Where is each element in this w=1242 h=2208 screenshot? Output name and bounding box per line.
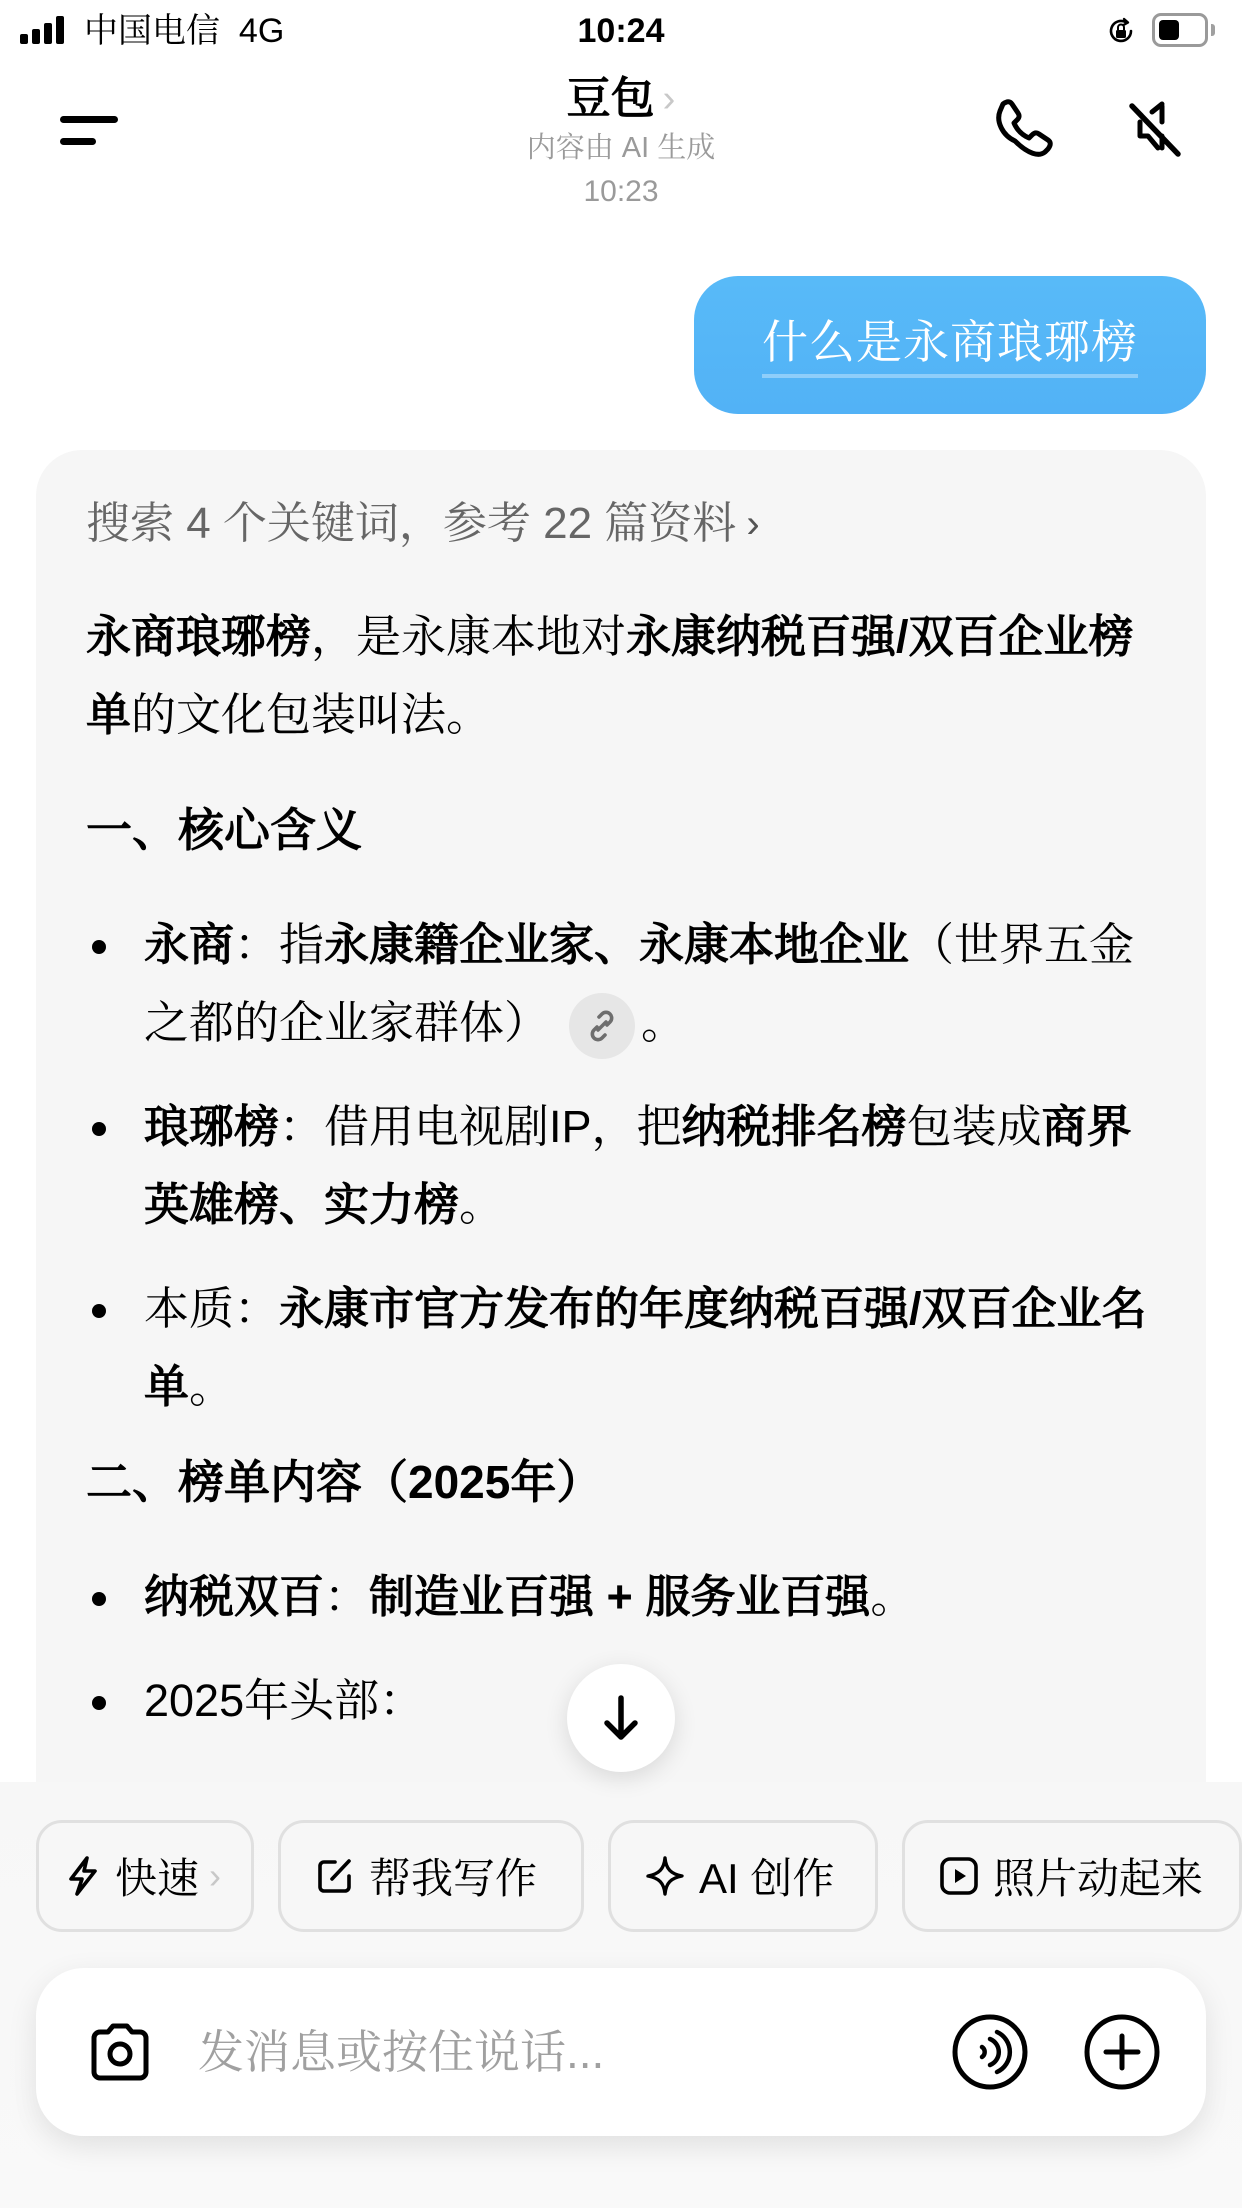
chip-label: AI 创作 [699, 1846, 834, 1906]
camera-button[interactable] [82, 2014, 158, 2090]
chip-label: 照片动起来 [993, 1846, 1203, 1906]
item-bold: 永康籍企业家、永康本地企业 [324, 919, 909, 970]
chip-label: 快速 [115, 1846, 199, 1906]
section-heading-core-meaning: 一、核心含义 [86, 800, 1176, 860]
call-button[interactable] [986, 92, 1058, 164]
list-item: 本质：永康市官方发布的年度纳税百强/双百企业名单。 [86, 1270, 1176, 1426]
voice-call-icon [950, 2012, 1030, 2092]
chevron-right-icon: › [209, 1855, 221, 1897]
message-timestamp: 10:23 [0, 170, 1242, 214]
item-term: 永商 [144, 919, 234, 970]
play-square-icon [939, 1856, 979, 1896]
quick-mode-chip[interactable]: 快速 › [36, 1820, 254, 1932]
search-summary-link[interactable]: 搜索 4 个关键词，参考 22 篇资料 › [86, 490, 1176, 558]
camera-icon [82, 2014, 158, 2090]
chevron-right-icon: › [746, 490, 759, 558]
item-text: ：借用电视剧IP，把 [279, 1101, 682, 1152]
status-time: 10:24 [0, 12, 1242, 50]
intro-text-end: 的文化包装叫法。 [131, 689, 491, 740]
speaker-muted-icon [1118, 92, 1190, 164]
edit-icon [315, 1856, 355, 1896]
rotation-lock-icon [1106, 16, 1136, 46]
item-text-end: 。 [870, 1571, 915, 1622]
item-bold: 永康市官方发布的年度纳税百强/双百企业名单 [144, 1283, 1147, 1412]
item-term: 纳税双百 [144, 1571, 324, 1622]
battery-icon [1152, 13, 1208, 47]
battery-tip [1211, 24, 1215, 36]
arrow-down-icon [599, 1694, 643, 1742]
item-bold: 纳税排名榜 [682, 1101, 907, 1152]
item-text-end: 。 [641, 997, 686, 1048]
phone-icon [986, 92, 1058, 164]
intro-paragraph: 永商琅琊榜，是永康本地对永康纳税百强/双百企业榜单的文化包装叫法。 [86, 598, 1176, 754]
chevron-right-icon: › [663, 72, 676, 126]
message-input-bar: 发消息或按住说话... [36, 1968, 1206, 2136]
item-text-end: 。 [189, 1361, 234, 1412]
item-text-end: 。 [459, 1179, 504, 1230]
source-link-button[interactable] [569, 993, 635, 1059]
bot-title[interactable]: 豆包 › [567, 72, 676, 126]
lightning-icon [65, 1855, 101, 1897]
intro-bold-term: 永商琅琊榜 [86, 611, 311, 662]
status-bar: 中国电信 4G 10:24 [0, 0, 1242, 62]
item-term: 琅琊榜 [144, 1101, 279, 1152]
intro-text: ，是永康本地对 [311, 611, 626, 662]
item-bold: 制造业百强 + 服务业百强 [369, 1571, 870, 1622]
list-item: 琅琊榜：借用电视剧IP，把纳税排名榜包装成商界英雄榜、实力榜。 [86, 1088, 1176, 1244]
chat-header: 豆包 › 内容由 AI 生成 10:23 [0, 62, 1242, 232]
scroll-to-bottom-button[interactable] [567, 1664, 675, 1772]
ai-create-chip[interactable]: AI 创作 [608, 1820, 878, 1932]
list-item: 纳税双百：制造业百强 + 服务业百强。 [86, 1558, 1176, 1636]
voice-call-button[interactable] [950, 2012, 1030, 2092]
item-text: 包装成 [907, 1101, 1042, 1152]
bottom-composer-area: 快速 › 帮我写作 AI 创作 照 [0, 1782, 1242, 2208]
animate-photo-chip[interactable]: 照片动起来 [902, 1820, 1242, 1932]
bot-name: 豆包 [567, 72, 655, 126]
message-input[interactable]: 发消息或按住说话... [198, 2024, 604, 2080]
plus-circle-icon [1082, 2012, 1162, 2092]
add-attachment-button[interactable] [1082, 2012, 1162, 2092]
item-term: 本质： [144, 1283, 279, 1334]
ai-response-content: 搜索 4 个关键词，参考 22 篇资料 › 永商琅琊榜，是永康本地对永康纳税百强… [86, 490, 1176, 1766]
list-item: 永商：指永康籍企业家、永康本地企业（世界五金之都的企业家群体）。 [86, 906, 1176, 1062]
chip-label: 帮我写作 [369, 1846, 537, 1906]
link-icon [584, 1008, 620, 1044]
core-meaning-list: 永商：指永康籍企业家、永康本地企业（世界五金之都的企业家群体）。 琅琊榜：借用电… [86, 906, 1176, 1426]
quick-action-chips: 快速 › 帮我写作 AI 创作 照 [36, 1820, 1242, 1932]
section-heading-list-content: 二、榜单内容（2025年） [86, 1452, 1176, 1512]
item-text: ：指 [234, 919, 324, 970]
writing-help-chip[interactable]: 帮我写作 [278, 1820, 584, 1932]
ai-response-card: 搜索 4 个关键词，参考 22 篇资料 › 永商琅琊榜，是永康本地对永康纳税百强… [36, 450, 1206, 1850]
item-text: ： [324, 1571, 369, 1622]
user-message-text: 什么是永商琅琊榜 [762, 312, 1138, 378]
sparkle-icon [645, 1855, 685, 1897]
item-text: 2025年头部： [144, 1675, 424, 1726]
doubao-chat-screen: 中国电信 4G 10:24 豆包 › 内容由 AI 生成 10:23 [0, 0, 1242, 2208]
user-message-bubble[interactable]: 什么是永商琅琊榜 [694, 276, 1206, 414]
search-summary-text: 搜索 4 个关键词，参考 22 篇资料 [86, 490, 736, 558]
mute-button[interactable] [1118, 92, 1190, 164]
